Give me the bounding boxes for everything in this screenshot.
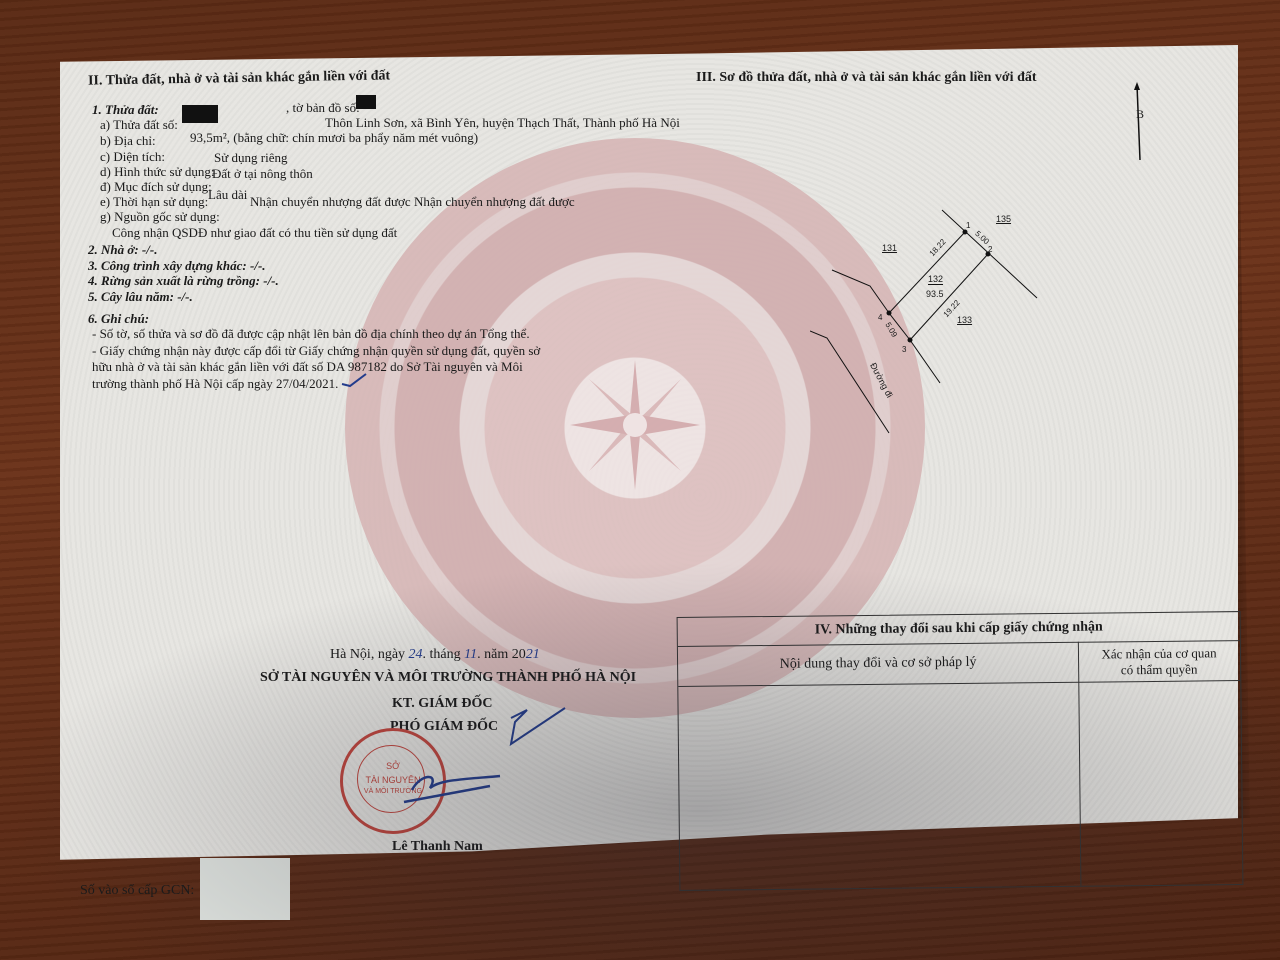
redacted-parcel-number: [182, 105, 218, 123]
map-sheet-label: , tờ bản đồ số:: [286, 101, 360, 114]
north-label: B: [1136, 108, 1144, 120]
drum-star-watermark: [570, 360, 700, 490]
usage-term-label: e) Thời hạn sử dụng:: [100, 195, 208, 208]
confirmation-column-header: Xác nhận của cơ quan có thẩm quyền: [1078, 645, 1240, 679]
usage-origin-value-2: Công nhận QSDĐ như giao đất có thu tiền …: [112, 226, 397, 239]
area-label: c) Diện tích:: [100, 150, 165, 163]
note-line: - Số tờ, số thửa và sơ đồ đã được cập nh…: [92, 327, 530, 340]
parcel-label: 1. Thửa đất:: [92, 103, 159, 116]
notes-label: 6. Ghi chú:: [88, 312, 149, 325]
usage-form-label: d) Hình thức sử dụng:: [100, 165, 214, 178]
usage-term-value: Lâu dài: [208, 188, 247, 201]
handwritten-check-mark: [340, 370, 370, 390]
north-arrow-icon: [1130, 82, 1150, 162]
neighbor-parcel-135: 135: [996, 215, 1011, 224]
usage-origin-value: Nhận chuyển nhượng đất được Nhận chuyển …: [250, 195, 575, 208]
changes-column-header: Nội dung thay đổi và cơ sở pháp lý: [678, 654, 1078, 674]
section3-heading: III. Sơ đồ thửa đất, nhà ở và tài sản kh…: [696, 71, 1037, 85]
forest-item: 4. Rừng sản xuất là rừng trồng: -/-.: [88, 274, 279, 287]
signer-authority: KT. GIÁM ĐỐC: [392, 697, 492, 711]
signer-name: Lê Thanh Nam: [392, 840, 483, 854]
confirmation-header-line2: có thẩm quyền: [1078, 661, 1240, 679]
plot-area: 93.5: [926, 290, 944, 299]
date-day: 24: [409, 647, 423, 662]
date-year-label: năm 20: [484, 647, 526, 662]
note-line: trường thành phố Hà Nội cấp ngày 27/04/2…: [92, 377, 338, 390]
neighbor-parcel-131: 131: [882, 244, 897, 253]
vertex-label: 2: [988, 246, 992, 254]
confirmation-header-line1: Xác nhận của cơ quan: [1078, 645, 1240, 663]
usage-form-value: Sử dụng riêng: [214, 151, 288, 164]
issuing-agency: SỞ TÀI NGUYÊN VÀ MÔI TRƯỜNG THÀNH PHỐ HÀ…: [260, 671, 636, 685]
usage-purpose-value: Đất ở tại nông thôn: [212, 167, 313, 180]
date-month-label: tháng: [430, 647, 461, 662]
vertex-label: 4: [878, 314, 882, 322]
date-place: Hà Nội, ngày: [330, 647, 405, 662]
date-month: 11: [464, 647, 477, 662]
gcn-register-label: Số vào sổ cấp GCN:: [80, 884, 194, 898]
plot-parcel-number: 132: [928, 275, 943, 285]
handwritten-signature-2: [400, 768, 510, 808]
usage-origin-label: g) Nguồn gốc sử dụng:: [100, 210, 220, 223]
perennial-item: 5. Cây lâu năm: -/-.: [88, 290, 193, 303]
house-item: 2. Nhà ở: -/-.: [88, 243, 157, 256]
redacted-gcn-number: [200, 858, 290, 920]
parcel-number-label: a) Thửa đất số:: [100, 118, 178, 131]
section4-heading: IV. Những thay đổi sau khi cấp giấy chứn…: [678, 618, 1240, 640]
neighbor-parcel-133: 133: [957, 316, 972, 325]
other-construction-item: 3. Công trình xây dựng khác: -/-.: [88, 259, 266, 272]
date-year-suffix: 21: [526, 647, 540, 662]
vertex-label: 3: [902, 346, 906, 354]
address-label: b) Địa chỉ:: [100, 134, 156, 147]
vertex-label: 1: [966, 222, 970, 230]
area-value: 93,5m², (bằng chữ: chín mươi ba phẩy năm…: [190, 131, 478, 144]
address-value: Thôn Linh Sơn, xã Bình Yên, huyện Thạch …: [325, 116, 680, 129]
redacted-map-sheet-number: [356, 95, 376, 109]
handwritten-signature-1: [505, 700, 585, 750]
note-line: - Giấy chứng nhận này được cấp đổi từ Gi…: [92, 344, 540, 357]
land-plot-diagram: [810, 200, 1060, 440]
note-line: hữu nhà ở và tài sản khác gắn liền với đ…: [92, 360, 523, 373]
changes-table: IV. Những thay đổi sau khi cấp giấy chứn…: [677, 611, 1244, 891]
issue-date: Hà Nội, ngày 24. tháng 11. năm 2021: [330, 648, 540, 662]
usage-purpose-label: đ) Mục đích sử dụng:: [100, 180, 212, 193]
